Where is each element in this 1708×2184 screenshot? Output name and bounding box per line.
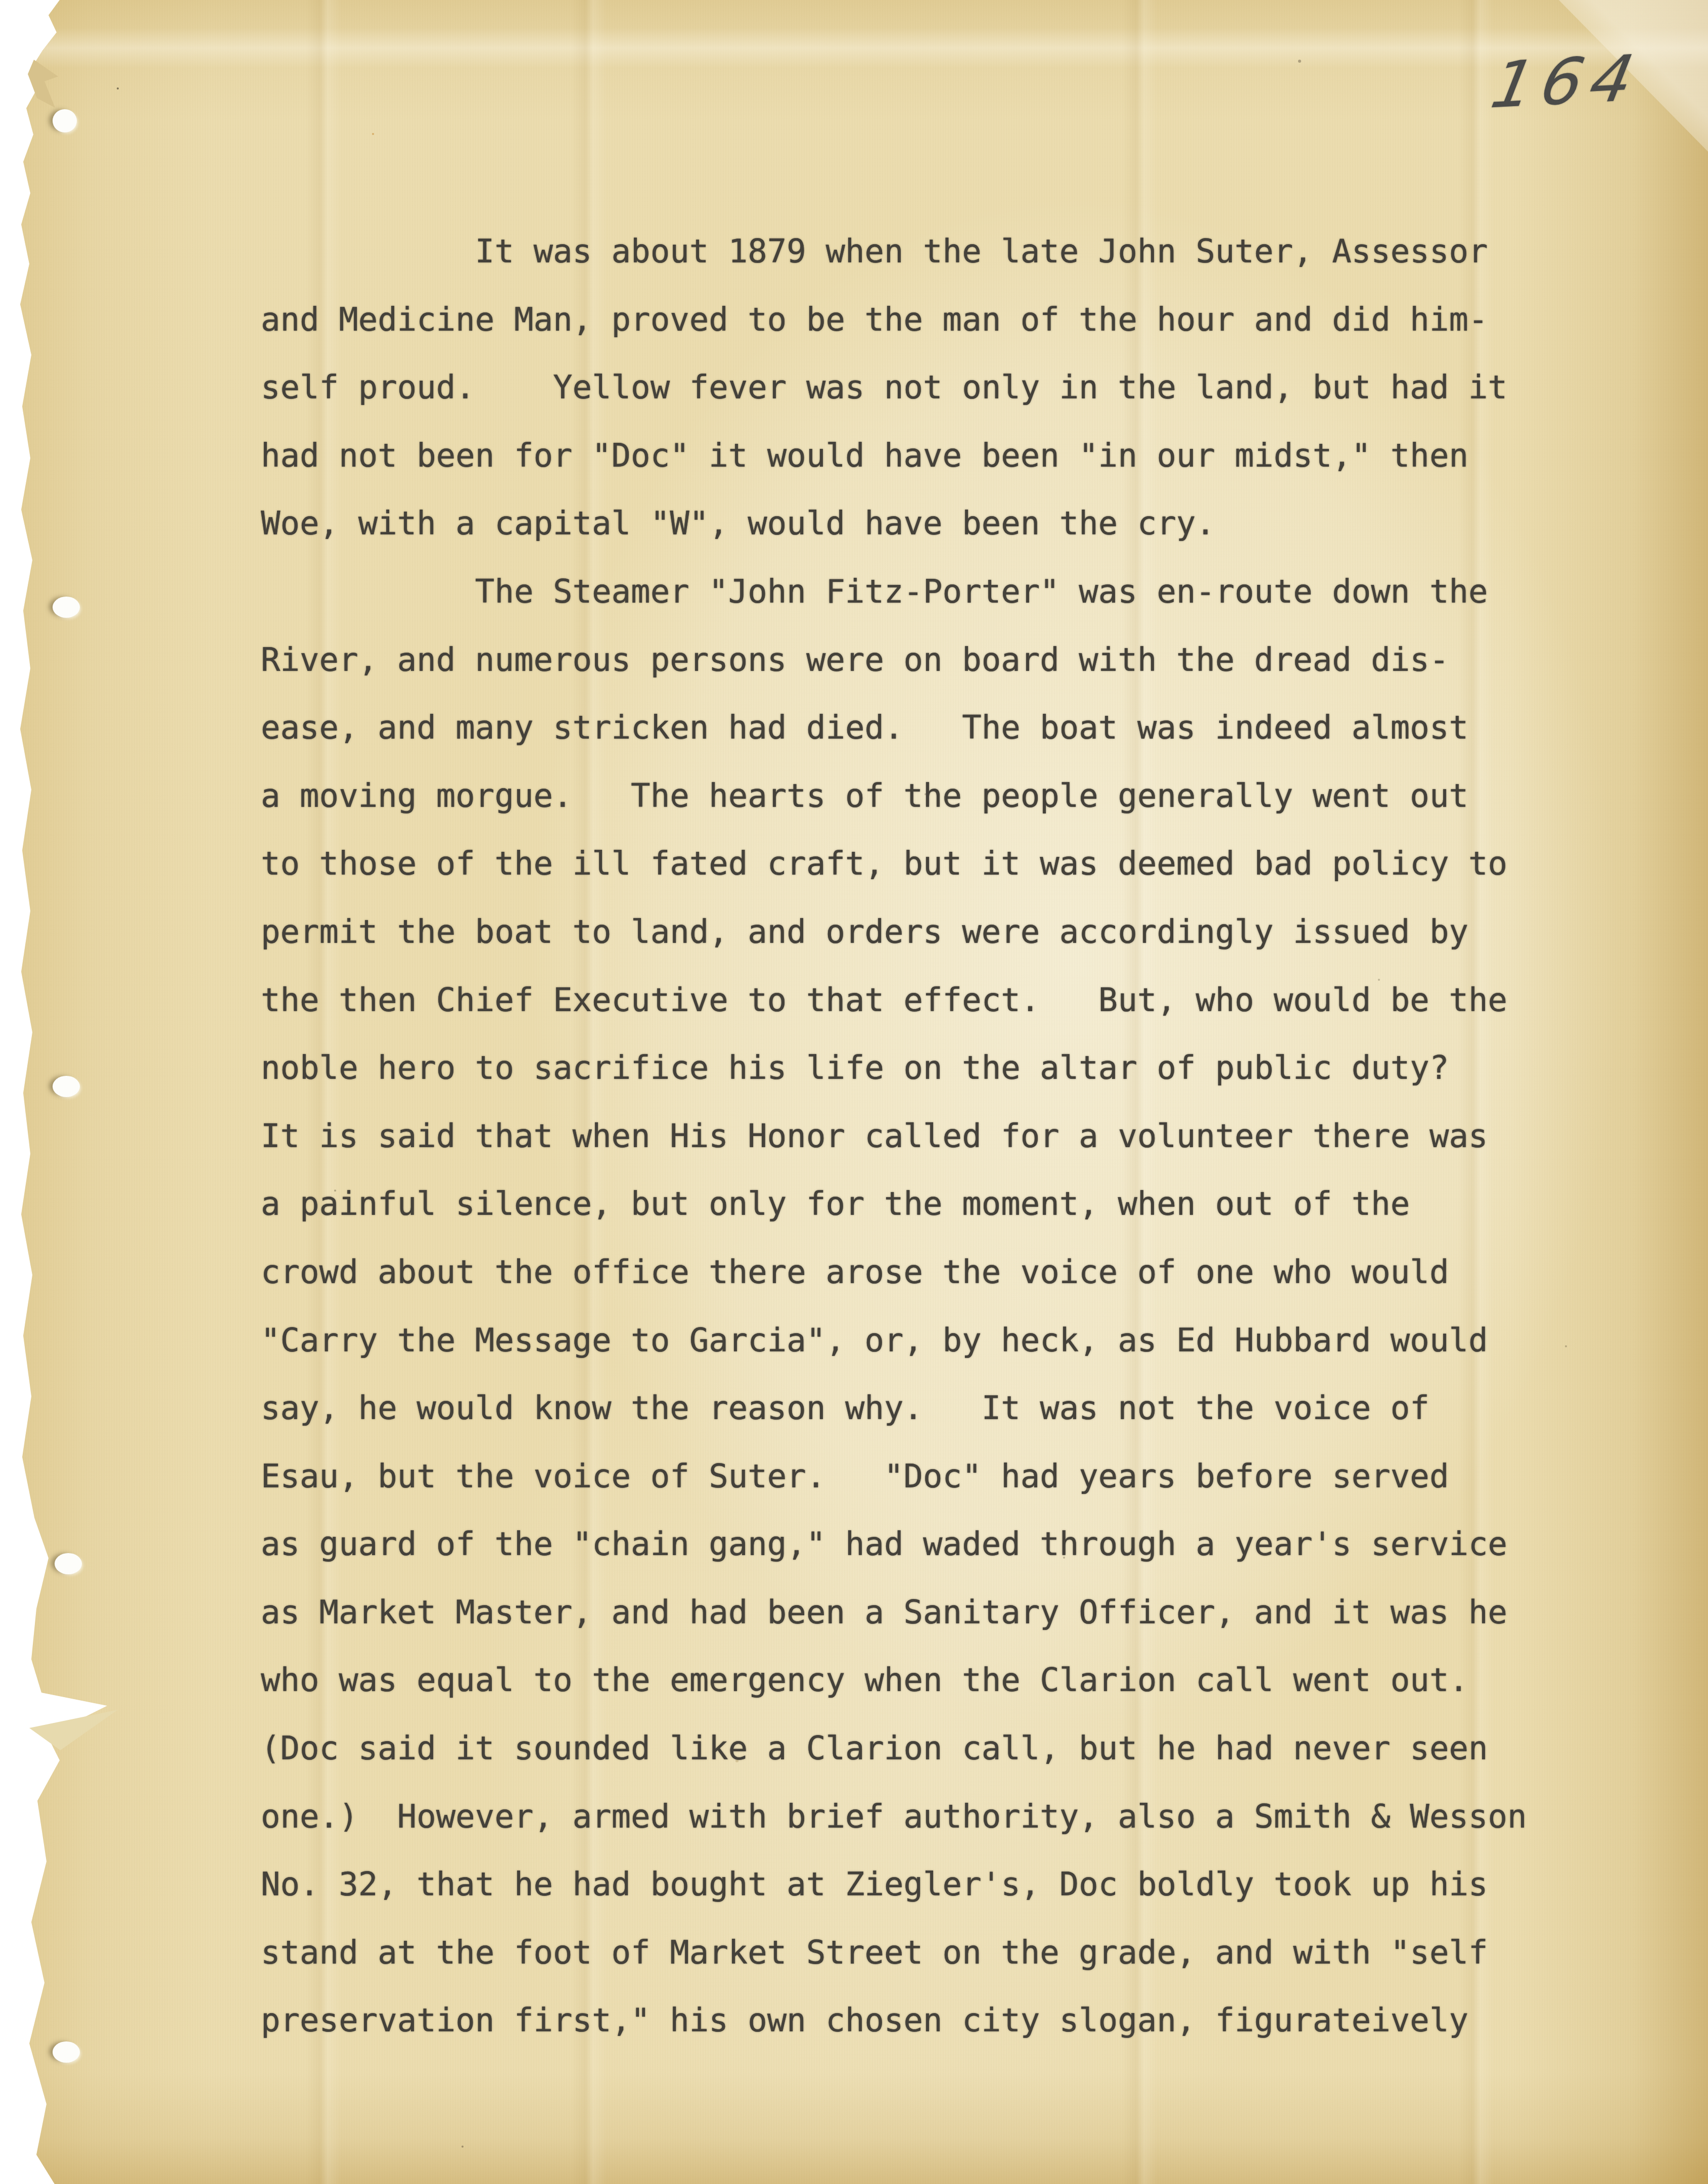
punch-hole [53, 1076, 80, 1097]
typed-line: stand at the foot of Market Street on th… [261, 1919, 1585, 1987]
punch-hole [53, 597, 80, 618]
typed-line: as guard of the "chain gang," had waded … [261, 1511, 1585, 1579]
typed-line: It is said that when His Honor called fo… [261, 1103, 1585, 1171]
typed-line: had not been for "Doc" it would have bee… [261, 422, 1585, 490]
punch-hole [53, 109, 77, 132]
edge-shading-top [0, 0, 1708, 121]
typed-line: Esau, but the voice of Suter. "Doc" had … [261, 1443, 1585, 1511]
typed-line: It was about 1879 when the late John Sut… [261, 218, 1585, 286]
scanned-page: 164 It was about 1879 when the late John… [0, 0, 1708, 2184]
typed-line: say, he would know the reason why. It wa… [261, 1375, 1585, 1443]
edge-shading-left [0, 0, 212, 2184]
typed-line: River, and numerous persons were on boar… [261, 626, 1585, 695]
typed-line: who was equal to the emergency when the … [261, 1647, 1585, 1715]
punch-hole [53, 2041, 80, 2063]
typed-line: The Steamer "John Fitz-Porter" was en-ro… [261, 558, 1585, 626]
typed-line: No. 32, that he had bought at Ziegler's,… [261, 1851, 1585, 1919]
page-number-pencil: 164 [1486, 41, 1648, 123]
typed-line: self proud. Yellow fever was not only in… [261, 354, 1585, 422]
paper-specks [0, 0, 3, 3]
typed-line: crowd about the office there arose the v… [261, 1239, 1585, 1307]
scan-canvas: 164 It was about 1879 when the late John… [0, 0, 1708, 2184]
typed-line: one.) However, armed with brief authorit… [261, 1783, 1585, 1851]
typed-line: preservation first," his own chosen city… [261, 1987, 1585, 2055]
typed-line: Woe, with a capital "W", would have been… [261, 490, 1585, 558]
horizontal-wrinkle-highlight [0, 28, 1708, 68]
typed-line: as Market Master, and had been a Sanitar… [261, 1579, 1585, 1647]
typed-line: "Carry the Message to Garcia", or, by he… [261, 1307, 1585, 1375]
edge-shading-bottom [0, 2073, 1708, 2184]
typed-line: permit the boat to land, and orders were… [261, 898, 1585, 967]
typed-line: to those of the ill fated craft, but it … [261, 830, 1585, 898]
typed-line: (Doc said it sounded like a Clarion call… [261, 1715, 1585, 1783]
typed-line: the then Chief Executive to that effect.… [261, 967, 1585, 1035]
typed-line: a moving morgue. The hearts of the peopl… [261, 762, 1585, 831]
typed-line: noble hero to sacrifice his life on the … [261, 1034, 1585, 1103]
typed-line: a painful silence, but only for the mome… [261, 1170, 1585, 1239]
typed-text: It was about 1879 when the late John Sut… [261, 218, 1585, 2055]
punch-hole [55, 1553, 82, 1574]
typed-line: and Medicine Man, proved to be the man o… [261, 286, 1585, 354]
typed-line: ease, and many stricken had died. The bo… [261, 694, 1585, 762]
